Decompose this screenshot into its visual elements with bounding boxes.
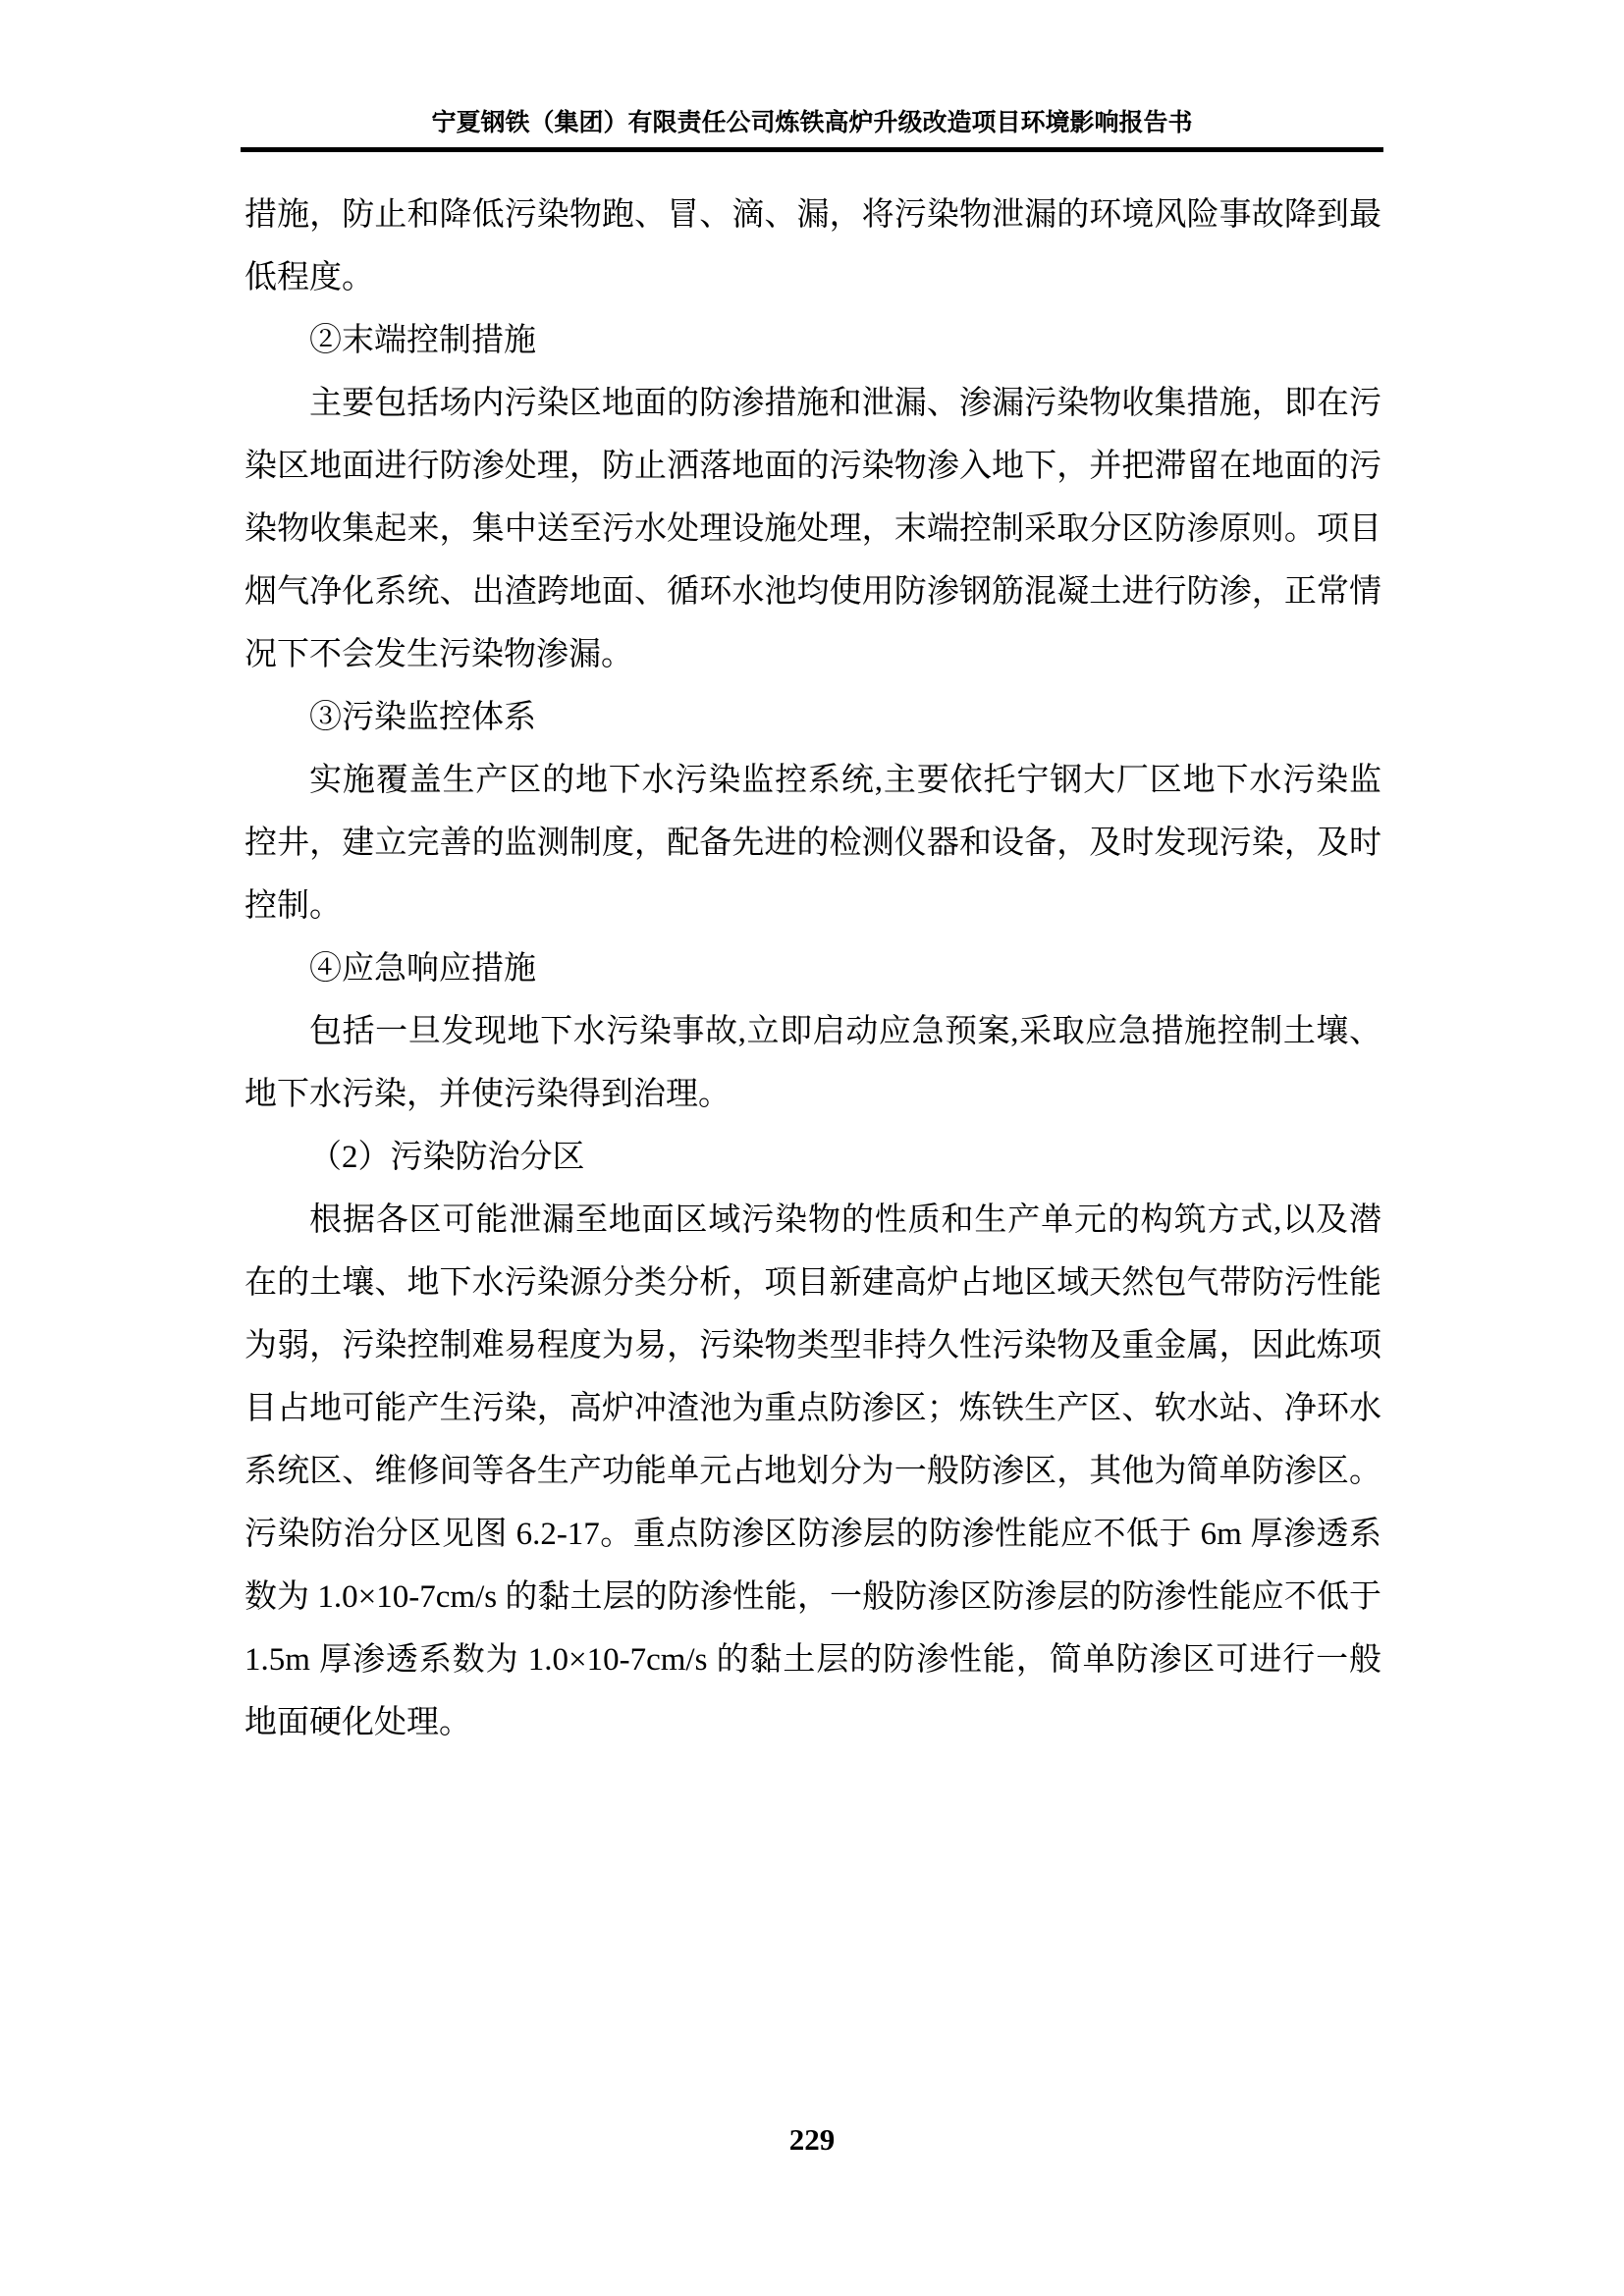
paragraph: ②末端控制措施 (244, 309, 1381, 372)
page-number: 229 (0, 2122, 1624, 2158)
paragraph: 主要包括场内污染区地面的防渗措施和泄漏、渗漏污染物收集措施，即在污染区地面进行防… (244, 372, 1381, 686)
header-divider-rule (241, 147, 1383, 152)
paragraph: 包括一旦发现地下水污染事故,立即启动应急预案,采取应急措施控制土壤、地下水污染，… (244, 1000, 1381, 1126)
paragraph: 措施，防止和降低污染物跑、冒、滴、漏，将污染物泄漏的环境风险事故降到最低程度。 (244, 184, 1381, 309)
paragraph: ④应急响应措施 (244, 937, 1381, 1000)
paragraph: 根据各区可能泄漏至地面区域污染物的性质和生产单元的构筑方式,以及潜在的土壤、地下… (244, 1189, 1381, 1754)
document-body: 措施，防止和降低污染物跑、冒、滴、漏，将污染物泄漏的环境风险事故降到最低程度。②… (244, 184, 1381, 1754)
paragraph: （2）污染防治分区 (244, 1126, 1381, 1189)
paragraph: 实施覆盖生产区的地下水污染监控系统,主要依托宁钢大厂区地下水污染监控井，建立完善… (244, 749, 1381, 937)
page-header-title: 宁夏钢铁（集团）有限责任公司炼铁高炉升级改造项目环境影响报告书 (0, 109, 1624, 138)
report-page: 宁夏钢铁（集团）有限责任公司炼铁高炉升级改造项目环境影响报告书 措施，防止和降低… (0, 0, 1624, 2296)
paragraph: ③污染监控体系 (244, 686, 1381, 749)
